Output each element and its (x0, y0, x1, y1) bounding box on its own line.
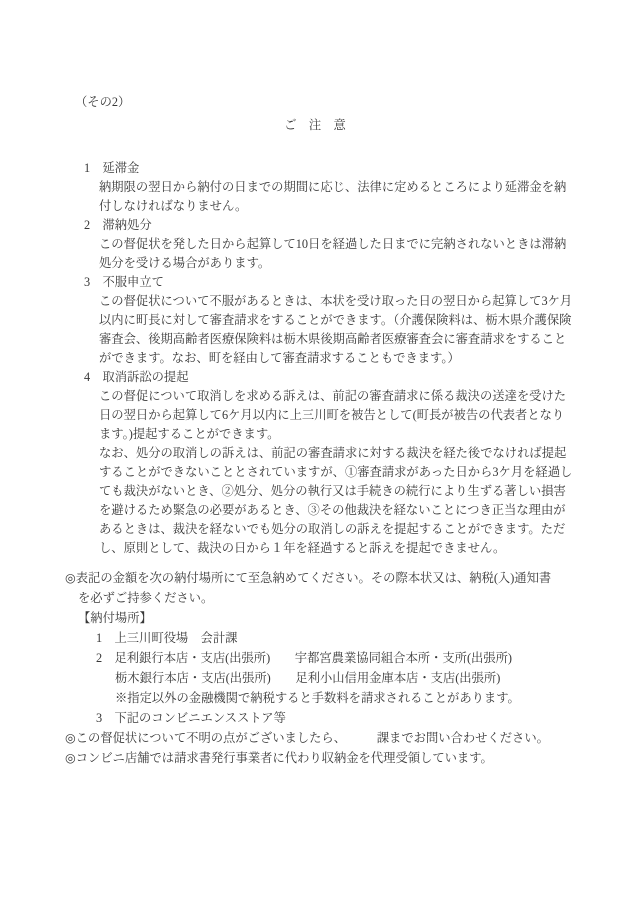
section-4-body-line: を避けるため緊急の必要があるとき、③その他裁決を経ないことにつき正当な理由が (0, 501, 630, 520)
section-2-heading: 2 滞納処分 (0, 216, 630, 235)
section-3-body-line: この督促状について不服があるときは、本状を受け取った日の翌日から起算して3ケ月 (0, 292, 630, 311)
payment-location-item-2-continuation: 栃木銀行本店・支店(出張所) 足利小山信用金庫本店・支店(出張所) (0, 668, 630, 688)
section-4-body-line: この督促について取消しを求める訴えは、前記の審査請求に係る裁決の送達を受けた (0, 387, 630, 406)
section-3-heading: 3 不服申立て (0, 273, 630, 292)
section-1-body-line: 納期限の翌日から納付の日までの期間に応じ、法律に定めるところにより延滞金を納 (0, 178, 630, 197)
section-4-body-line: ます。)提起することができます。 (0, 425, 630, 444)
convenience-store-note: ◎コンビニ店舗では請求書発行事業者に代わり収納金を代理受領しています。 (0, 748, 630, 768)
payment-notice-line: を必ずご持参ください。 (0, 588, 630, 608)
notice-sections: 1 延滞金 納期限の翌日から納付の日までの期間に応じ、法律に定めるところにより延… (0, 159, 630, 558)
section-4-body-line: し、原則として、裁決の日から１年を経過すると訴えを提起できません。 (0, 539, 630, 558)
section-3-body-line: ができます。なお、町を経由して審査請求することもできます。） (0, 349, 630, 368)
section-1-heading: 1 延滞金 (0, 159, 630, 178)
section-4-body-line: なお、処分の取消しの訴えは、前記の審査請求に対する裁決を経た後でなければ提起 (0, 444, 630, 463)
section-4-body-line: 日の翌日から起算して6ケ月以内に上三川町を被告として(町長が被告の代表者となり (0, 406, 630, 425)
contact-note: ◎この督促状について不明の点がございましたら、 課までお問い合わせください。 (0, 728, 630, 748)
fee-warning-note: ※指定以外の金融機関で納税すると手数料を請求されることがあります。 (0, 688, 630, 708)
section-3-body-line: 審査会、後期高齢者医療保険料は栃木県後期高齢者医療審査会に審査請求をすること (0, 330, 630, 349)
notice-title: ご 注 意 (0, 116, 630, 135)
payment-instructions: ◎表記の金額を次の納付場所にて至急納めてください。その際本状又は、納税(入)通知… (0, 568, 630, 768)
section-4-body-line: ても裁決がないとき、②処分、処分の執行又は手続きの続行により生ずる著しい損害 (0, 482, 630, 501)
payment-locations-header: 【納付場所】 (0, 608, 630, 628)
payment-notice-line: ◎表記の金額を次の納付場所にて至急納めてください。その際本状又は、納税(入)通知… (0, 568, 630, 588)
section-4-heading: 4 取消訴訟の提起 (0, 368, 630, 387)
payment-location-item-2: 2 足利銀行本店・支店(出張所) 宇都宮農業協同組合本所・支所(出張所) (0, 648, 630, 668)
document-page: （その2） ご 注 意 1 延滞金 納期限の翌日から納付の日までの期間に応じ、法… (0, 0, 630, 915)
payment-location-item-1: 1 上三川町役場 会計課 (0, 628, 630, 648)
section-1-body-line: 付しなければなりません。 (0, 197, 630, 216)
payment-location-item-3: 3 下記のコンビニエンスストア等 (0, 708, 630, 728)
section-2-body-line: この督促状を発した日から起算して10日を経過した日までに完納されないときは滞納 (0, 235, 630, 254)
section-2-body-line: 処分を受ける場合があります。 (0, 254, 630, 273)
page-label: （その2） (0, 93, 630, 112)
section-4-body-line: あるときは、裁決を経ないでも処分の取消しの訴えを提起することができます。ただ (0, 520, 630, 539)
section-3-body-line: 以内に町長に対して審査請求をすることができます。（介護保険料は、栃木県介護保険 (0, 311, 630, 330)
section-4-body-line: することができないこととされていますが、①審査請求があった日から3ケ月を経過し (0, 463, 630, 482)
